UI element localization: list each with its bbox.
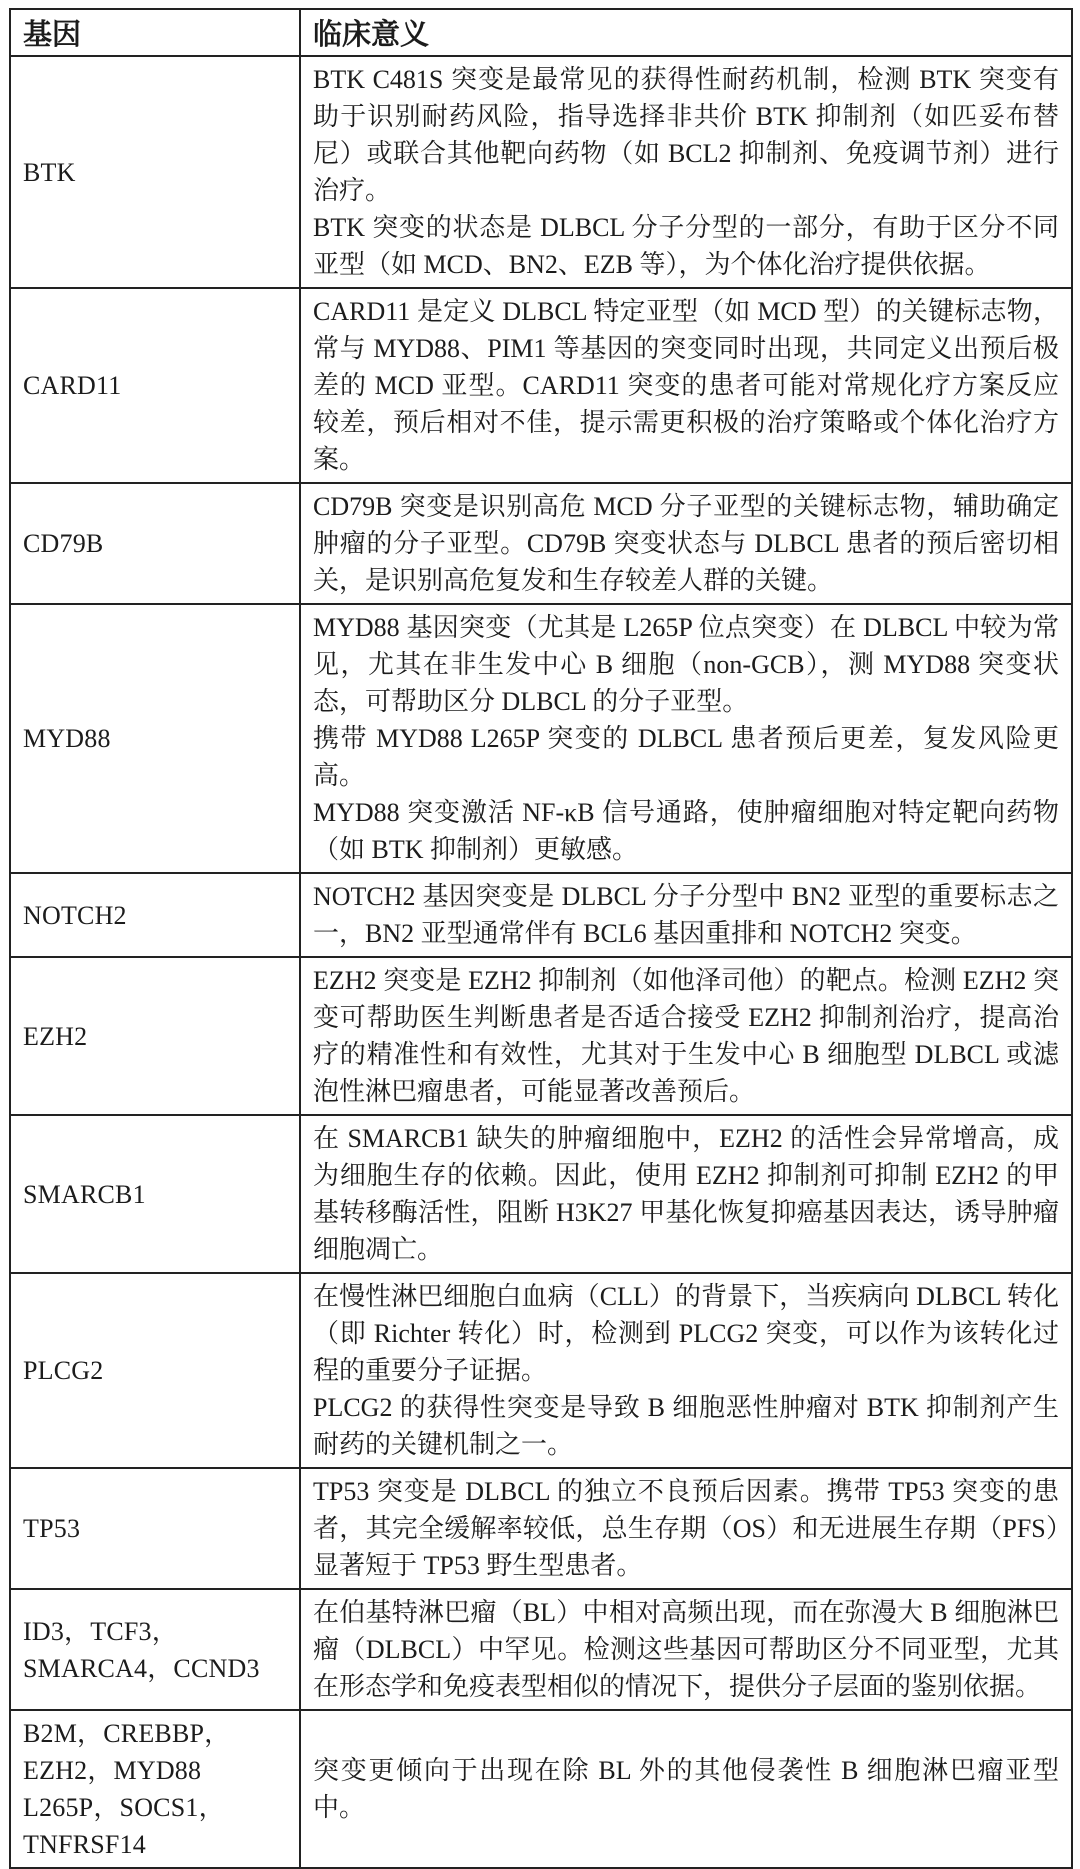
clinical-paragraph: PLCG2 的获得性突变是导致 B 细胞恶性肿瘤对 BTK 抑制剂产生耐药的关键… bbox=[313, 1389, 1059, 1463]
clinical-cell: 在慢性淋巴细胞白血病（CLL）的背景下，当疾病向 DLBCL 转化（即 Rich… bbox=[300, 1273, 1072, 1468]
table-row-smarcb1: SMARCB1 在 SMARCB1 缺失的肿瘤细胞中，EZH2 的活性会异常增高… bbox=[10, 1115, 1072, 1273]
gene-cell: BTK bbox=[10, 56, 300, 288]
clinical-paragraph: MYD88 突变激活 NF-κB 信号通路，使肿瘤细胞对特定靶向药物（如 BTK… bbox=[313, 794, 1059, 868]
clinical-paragraph: MYD88 基因突变（尤其是 L265P 位点突变）在 DLBCL 中较为常见，… bbox=[313, 609, 1059, 720]
gene-cell: ID3，TCF3，SMARCA4，CCND3 bbox=[10, 1589, 300, 1710]
clinical-paragraph: EZH2 突变是 EZH2 抑制剂（如他泽司他）的靶点。检测 EZH2 突变可帮… bbox=[313, 962, 1059, 1110]
gene-cell: NOTCH2 bbox=[10, 873, 300, 957]
table-row-plcg2: PLCG2 在慢性淋巴细胞白血病（CLL）的背景下，当疾病向 DLBCL 转化（… bbox=[10, 1273, 1072, 1468]
clinical-paragraph: TP53 突变是 DLBCL 的独立不良预后因素。携带 TP53 突变的患者，其… bbox=[313, 1473, 1059, 1584]
clinical-cell: TP53 突变是 DLBCL 的独立不良预后因素。携带 TP53 突变的患者，其… bbox=[300, 1468, 1072, 1589]
clinical-cell: NOTCH2 基因突变是 DLBCL 分子分型中 BN2 亚型的重要标志之一，B… bbox=[300, 873, 1072, 957]
gene-cell: PLCG2 bbox=[10, 1273, 300, 1468]
clinical-cell: BTK C481S 突变是最常见的获得性耐药机制，检测 BTK 突变有助于识别耐… bbox=[300, 56, 1072, 288]
table-row-myd88: MYD88 MYD88 基因突变（尤其是 L265P 位点突变）在 DLBCL … bbox=[10, 604, 1072, 873]
clinical-paragraph: CD79B 突变是识别高危 MCD 分子亚型的关键标志物，辅助确定肿瘤的分子亚型… bbox=[313, 488, 1059, 599]
table-row-cd79b: CD79B CD79B 突变是识别高危 MCD 分子亚型的关键标志物，辅助确定肿… bbox=[10, 483, 1072, 604]
clinical-cell: CARD11 是定义 DLBCL 特定亚型（如 MCD 型）的关键标志物，常与 … bbox=[300, 288, 1072, 483]
clinical-paragraph: 在慢性淋巴细胞白血病（CLL）的背景下，当疾病向 DLBCL 转化（即 Rich… bbox=[313, 1278, 1059, 1389]
table-row-btk: BTK BTK C481S 突变是最常见的获得性耐药机制，检测 BTK 突变有助… bbox=[10, 56, 1072, 288]
header-row: 基因 临床意义 bbox=[10, 9, 1072, 56]
clinical-paragraph: CARD11 是定义 DLBCL 特定亚型（如 MCD 型）的关键标志物，常与 … bbox=[313, 293, 1059, 478]
table-row-ezh2: EZH2 EZH2 突变是 EZH2 抑制剂（如他泽司他）的靶点。检测 EZH2… bbox=[10, 957, 1072, 1115]
clinical-cell: 在伯基特淋巴瘤（BL）中相对高频出现，而在弥漫大 B 细胞淋巴瘤（DLBCL）中… bbox=[300, 1589, 1072, 1710]
clinical-paragraph: 在 SMARCB1 缺失的肿瘤细胞中，EZH2 的活性会异常增高，成为细胞生存的… bbox=[313, 1120, 1059, 1268]
table-row-notch2: NOTCH2 NOTCH2 基因突变是 DLBCL 分子分型中 BN2 亚型的重… bbox=[10, 873, 1072, 957]
table-row-tp53: TP53 TP53 突变是 DLBCL 的独立不良预后因素。携带 TP53 突变… bbox=[10, 1468, 1072, 1589]
gene-clinical-table: 基因 临床意义 BTK BTK C481S 突变是最常见的获得性耐药机制，检测 … bbox=[9, 8, 1073, 1869]
clinical-paragraph: BTK C481S 突变是最常见的获得性耐药机制，检测 BTK 突变有助于识别耐… bbox=[313, 61, 1059, 209]
gene-cell: CARD11 bbox=[10, 288, 300, 483]
gene-cell: CD79B bbox=[10, 483, 300, 604]
clinical-cell: CD79B 突变是识别高危 MCD 分子亚型的关键标志物，辅助确定肿瘤的分子亚型… bbox=[300, 483, 1072, 604]
gene-cell: EZH2 bbox=[10, 957, 300, 1115]
clinical-cell: 突变更倾向于出现在除 BL 外的其他侵袭性 B 细胞淋巴瘤亚型中。 bbox=[300, 1710, 1072, 1868]
table-row-card11: CARD11 CARD11 是定义 DLBCL 特定亚型（如 MCD 型）的关键… bbox=[10, 288, 1072, 483]
table-row-b2m-crebbp-ezh2-myd88-socs1-tnfrsf14: B2M，CREBBP，EZH2，MYD88 L265P，SOCS1，TNFRSF… bbox=[10, 1710, 1072, 1868]
header-clinical: 临床意义 bbox=[300, 9, 1072, 56]
gene-cell: B2M，CREBBP，EZH2，MYD88 L265P，SOCS1，TNFRSF… bbox=[10, 1710, 300, 1868]
clinical-cell: MYD88 基因突变（尤其是 L265P 位点突变）在 DLBCL 中较为常见，… bbox=[300, 604, 1072, 873]
table-row-id3-tcf3-smarca4-ccnd3: ID3，TCF3，SMARCA4，CCND3 在伯基特淋巴瘤（BL）中相对高频出… bbox=[10, 1589, 1072, 1710]
gene-cell: SMARCB1 bbox=[10, 1115, 300, 1273]
document-page: 基因 临床意义 BTK BTK C481S 突变是最常见的获得性耐药机制，检测 … bbox=[0, 0, 1080, 1652]
clinical-paragraph: 在伯基特淋巴瘤（BL）中相对高频出现，而在弥漫大 B 细胞淋巴瘤（DLBCL）中… bbox=[313, 1594, 1059, 1705]
clinical-paragraph: BTK 突变的状态是 DLBCL 分子分型的一部分，有助于区分不同亚型（如 MC… bbox=[313, 209, 1059, 283]
clinical-paragraph: 突变更倾向于出现在除 BL 外的其他侵袭性 B 细胞淋巴瘤亚型中。 bbox=[313, 1752, 1059, 1826]
clinical-cell: 在 SMARCB1 缺失的肿瘤细胞中，EZH2 的活性会异常增高，成为细胞生存的… bbox=[300, 1115, 1072, 1273]
clinical-paragraph: 携带 MYD88 L265P 突变的 DLBCL 患者预后更差，复发风险更高。 bbox=[313, 720, 1059, 794]
gene-cell: TP53 bbox=[10, 1468, 300, 1589]
header-gene: 基因 bbox=[10, 9, 300, 56]
gene-cell: MYD88 bbox=[10, 604, 300, 873]
clinical-cell: EZH2 突变是 EZH2 抑制剂（如他泽司他）的靶点。检测 EZH2 突变可帮… bbox=[300, 957, 1072, 1115]
clinical-paragraph: NOTCH2 基因突变是 DLBCL 分子分型中 BN2 亚型的重要标志之一，B… bbox=[313, 878, 1059, 952]
